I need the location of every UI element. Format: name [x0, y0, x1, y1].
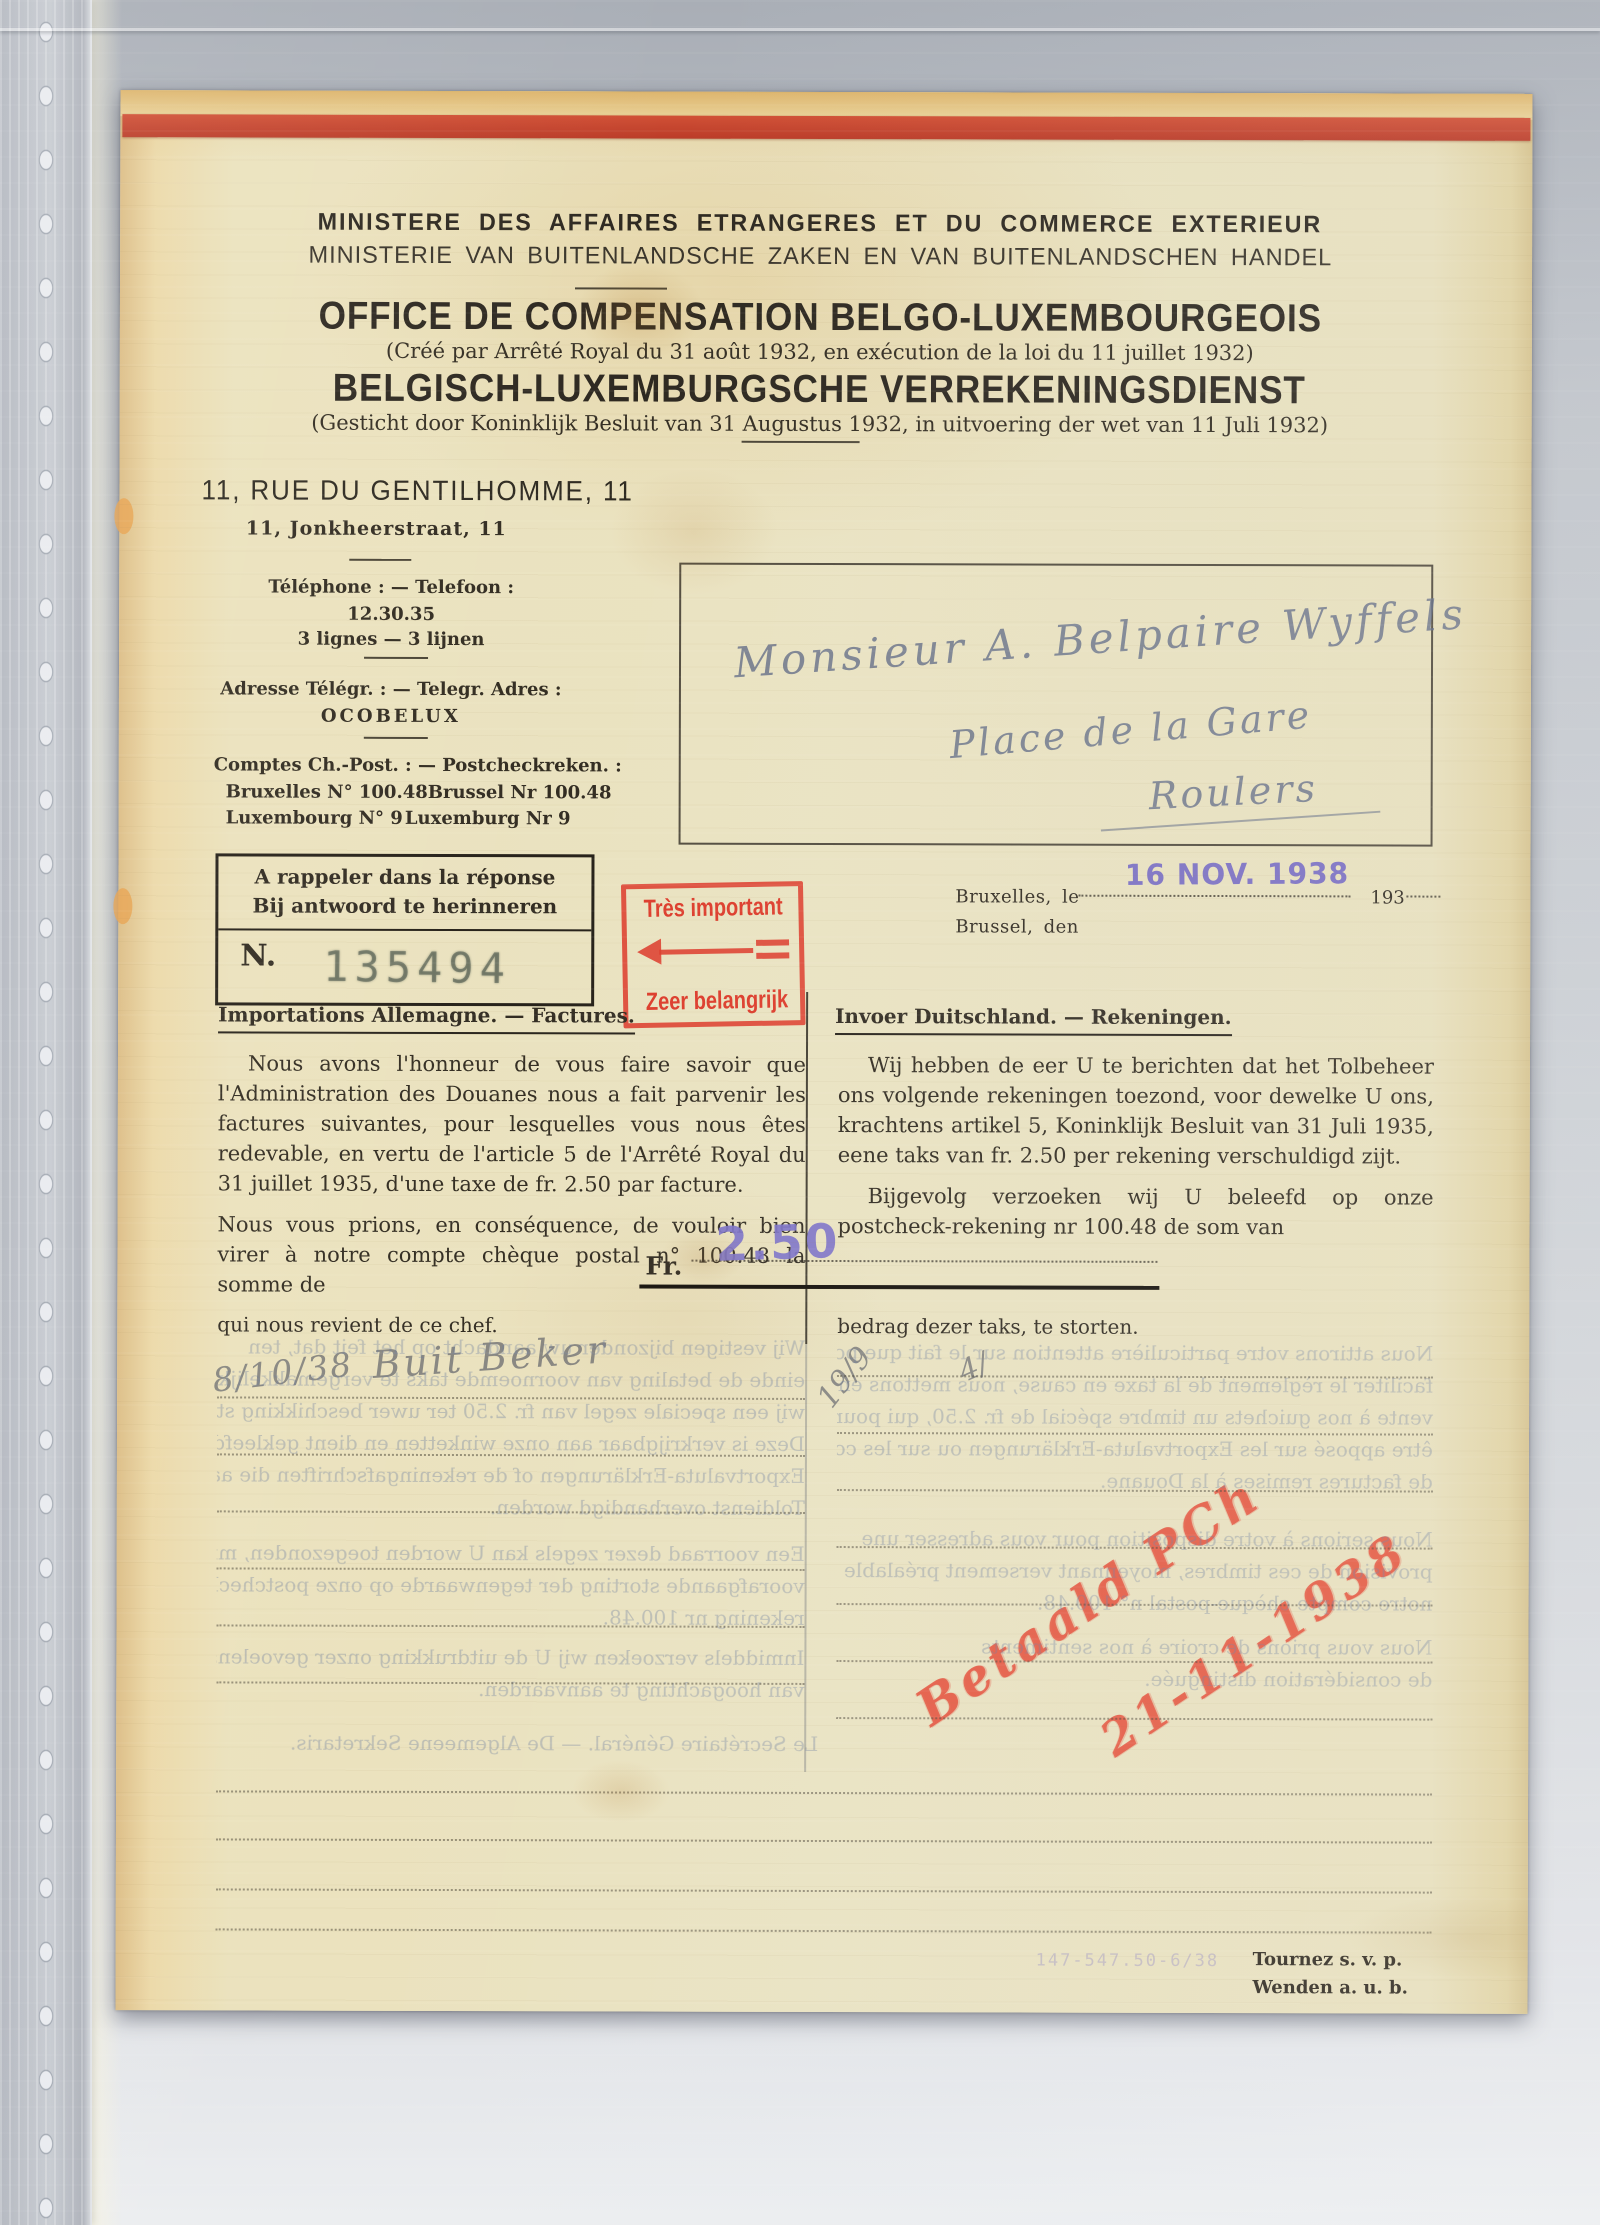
account-brussels-nl: Brussel Nr 100.48: [428, 782, 612, 803]
year-dotted-line: [1406, 896, 1440, 898]
bleed-through-text: Een voorraad dezer zegels kan U worden t…: [216, 1536, 804, 1634]
handwritten-recipient-name: Monsieur A. Belpaire Wyffels: [732, 589, 1468, 687]
handwritten-recipient-street: Place de la Gare: [948, 693, 1314, 768]
telegraph-name: OCOBELUX: [211, 705, 571, 727]
account-luxembourg-nl: Luxemburg Nr 9: [405, 808, 571, 829]
amount-stamp: 2.50: [715, 1214, 841, 1273]
handwritten-recipient-city: Roulers: [1148, 766, 1319, 818]
ministry-title-nl: MINISTERIE VAN BUITENLANDSCHE ZAKEN EN V…: [120, 241, 1520, 273]
important-stamp: Très important Zeer belangrijk: [621, 881, 806, 1028]
left-column-heading: Importations Allemagne. — Factures.: [218, 1002, 635, 1034]
reference-n-label: N.: [240, 938, 276, 973]
sleeve-top-seam: [0, 28, 1600, 31]
office-title-fr: OFFICE DE COMPENSATION BELGO-LUXEMBOURGE…: [120, 294, 1520, 342]
print-reference-code: 147-547.50-6/38: [1036, 1951, 1220, 1971]
dutch-paragraph-2: Bijgevolg verzoeken wij U beleefd op onz…: [838, 1181, 1434, 1243]
dotted-line: [216, 1928, 1432, 1933]
street-address-nl: 11, Jonkheerstraat, 11: [203, 517, 549, 540]
left-arrow-icon: [637, 934, 790, 967]
date-dotted-line: [1078, 895, 1350, 898]
franc-label: Fr.: [645, 1252, 682, 1281]
reference-box-rule: [218, 928, 591, 931]
year-prefix: 193: [1370, 887, 1404, 908]
telegraph-label: Adresse Télégr. : — Telegr. Adres :: [211, 678, 571, 700]
ministry-title-fr: MINISTERE DES AFFAIRES ETRANGERES ET DU …: [120, 208, 1520, 240]
bleed-through-text: Inmiddels verzoeken wij U de uitdrukking…: [216, 1640, 804, 1706]
handwriting-underline: [1101, 811, 1381, 832]
phone-label: Téléphone : — Telefoon :: [211, 576, 571, 598]
postal-accounts-label: Comptes Ch.-Post. : — Postcheckreken. :: [214, 754, 574, 776]
divider-rule: [349, 559, 411, 561]
phone-number: 12.30.35: [211, 603, 571, 625]
reference-number-box: A rappeler dans la réponse Bij antwoord …: [215, 853, 594, 1006]
french-paragraph-1: Nous avons l'honneur de vous faire savoi…: [218, 1048, 806, 1200]
dateline-fr: Bruxelles, le: [955, 886, 1079, 907]
street-address-fr: 11, RUE DU GENTILHOMME, 11: [201, 474, 666, 507]
scanned-letter-in-sleeve: MINISTERE DES AFFAIRES ETRANGERES ET DU …: [0, 0, 1600, 2225]
reference-number-stamp: 135494: [323, 942, 511, 993]
date-stamp: 16 NOV. 1938: [1125, 856, 1349, 892]
red-top-bar: [122, 114, 1530, 141]
recipient-address-box: Monsieur A. Belpaire Wyffels Place de la…: [679, 563, 1434, 847]
dotted-line: [216, 1888, 1432, 1893]
reference-note-nl: Bij antwoord te herinneren: [218, 893, 591, 918]
postal-account-row: Bruxelles N° 100.48 Brussel Nr 100.48: [226, 781, 571, 803]
postal-account-row: Luxembourg N° 9 Luxemburg Nr 9: [226, 807, 571, 829]
divider-rule: [364, 657, 428, 659]
divider-rule: [742, 441, 860, 443]
right-column-heading: Invoer Duitschland. — Rekeningen.: [835, 1004, 1232, 1036]
dutch-text-column: Wij hebben de eer U te berichten dat het…: [838, 1050, 1434, 1243]
dateline-nl: Brussel, den: [955, 916, 1079, 937]
account-brussels-fr: Bruxelles N° 100.48: [226, 781, 428, 803]
bleed-through-text: Wij vestigen bijzonder uw aandacht op he…: [217, 1330, 806, 1524]
dutch-paragraph-1: Wij hebben de eer U te berichten dat het…: [838, 1050, 1434, 1172]
office-subtitle-nl: (Gesticht door Koninklijk Besluit van 31…: [120, 410, 1520, 438]
page-edge-stain: [114, 498, 133, 534]
page-edge-stain: [113, 888, 132, 924]
dotted-line: [216, 1790, 1432, 1795]
turn-over-fr: Tournez s. v. p.: [1253, 1949, 1403, 1970]
dotted-line: [216, 1838, 1432, 1843]
divider-rule: [364, 737, 428, 739]
binder-holes-strip: [0, 0, 92, 2225]
important-stamp-fr: Très important: [626, 892, 799, 924]
office-title-nl: BELGISCH-LUXEMBURGSCHE VERREKENINGSDIENS…: [120, 366, 1520, 414]
bleed-through-text: Nous attirons votre particulière attenti…: [837, 1336, 1433, 1498]
after-amount-nl: bedrag dezer taks, te storten.: [837, 1314, 1138, 1339]
document-page: MINISTERE DES AFFAIRES ETRANGERES ET DU …: [115, 90, 1532, 2014]
important-stamp-nl: Zeer belangrijk: [628, 985, 801, 1017]
reference-note-fr: A rappeler dans la réponse: [218, 864, 591, 889]
divider-rule: [575, 287, 667, 289]
bleed-through-signature: Le Secrétaire Général. — De Algemeene Se…: [298, 1731, 818, 1756]
office-subtitle-fr: (Créé par Arrêté Royal du 31 août 1932, …: [120, 338, 1520, 366]
account-luxembourg-fr: Luxembourg N° 9: [226, 807, 403, 828]
turn-over-nl: Wenden a. u. b.: [1253, 1977, 1408, 1998]
phone-lines: 3 lignes — 3 lijnen: [211, 628, 571, 650]
